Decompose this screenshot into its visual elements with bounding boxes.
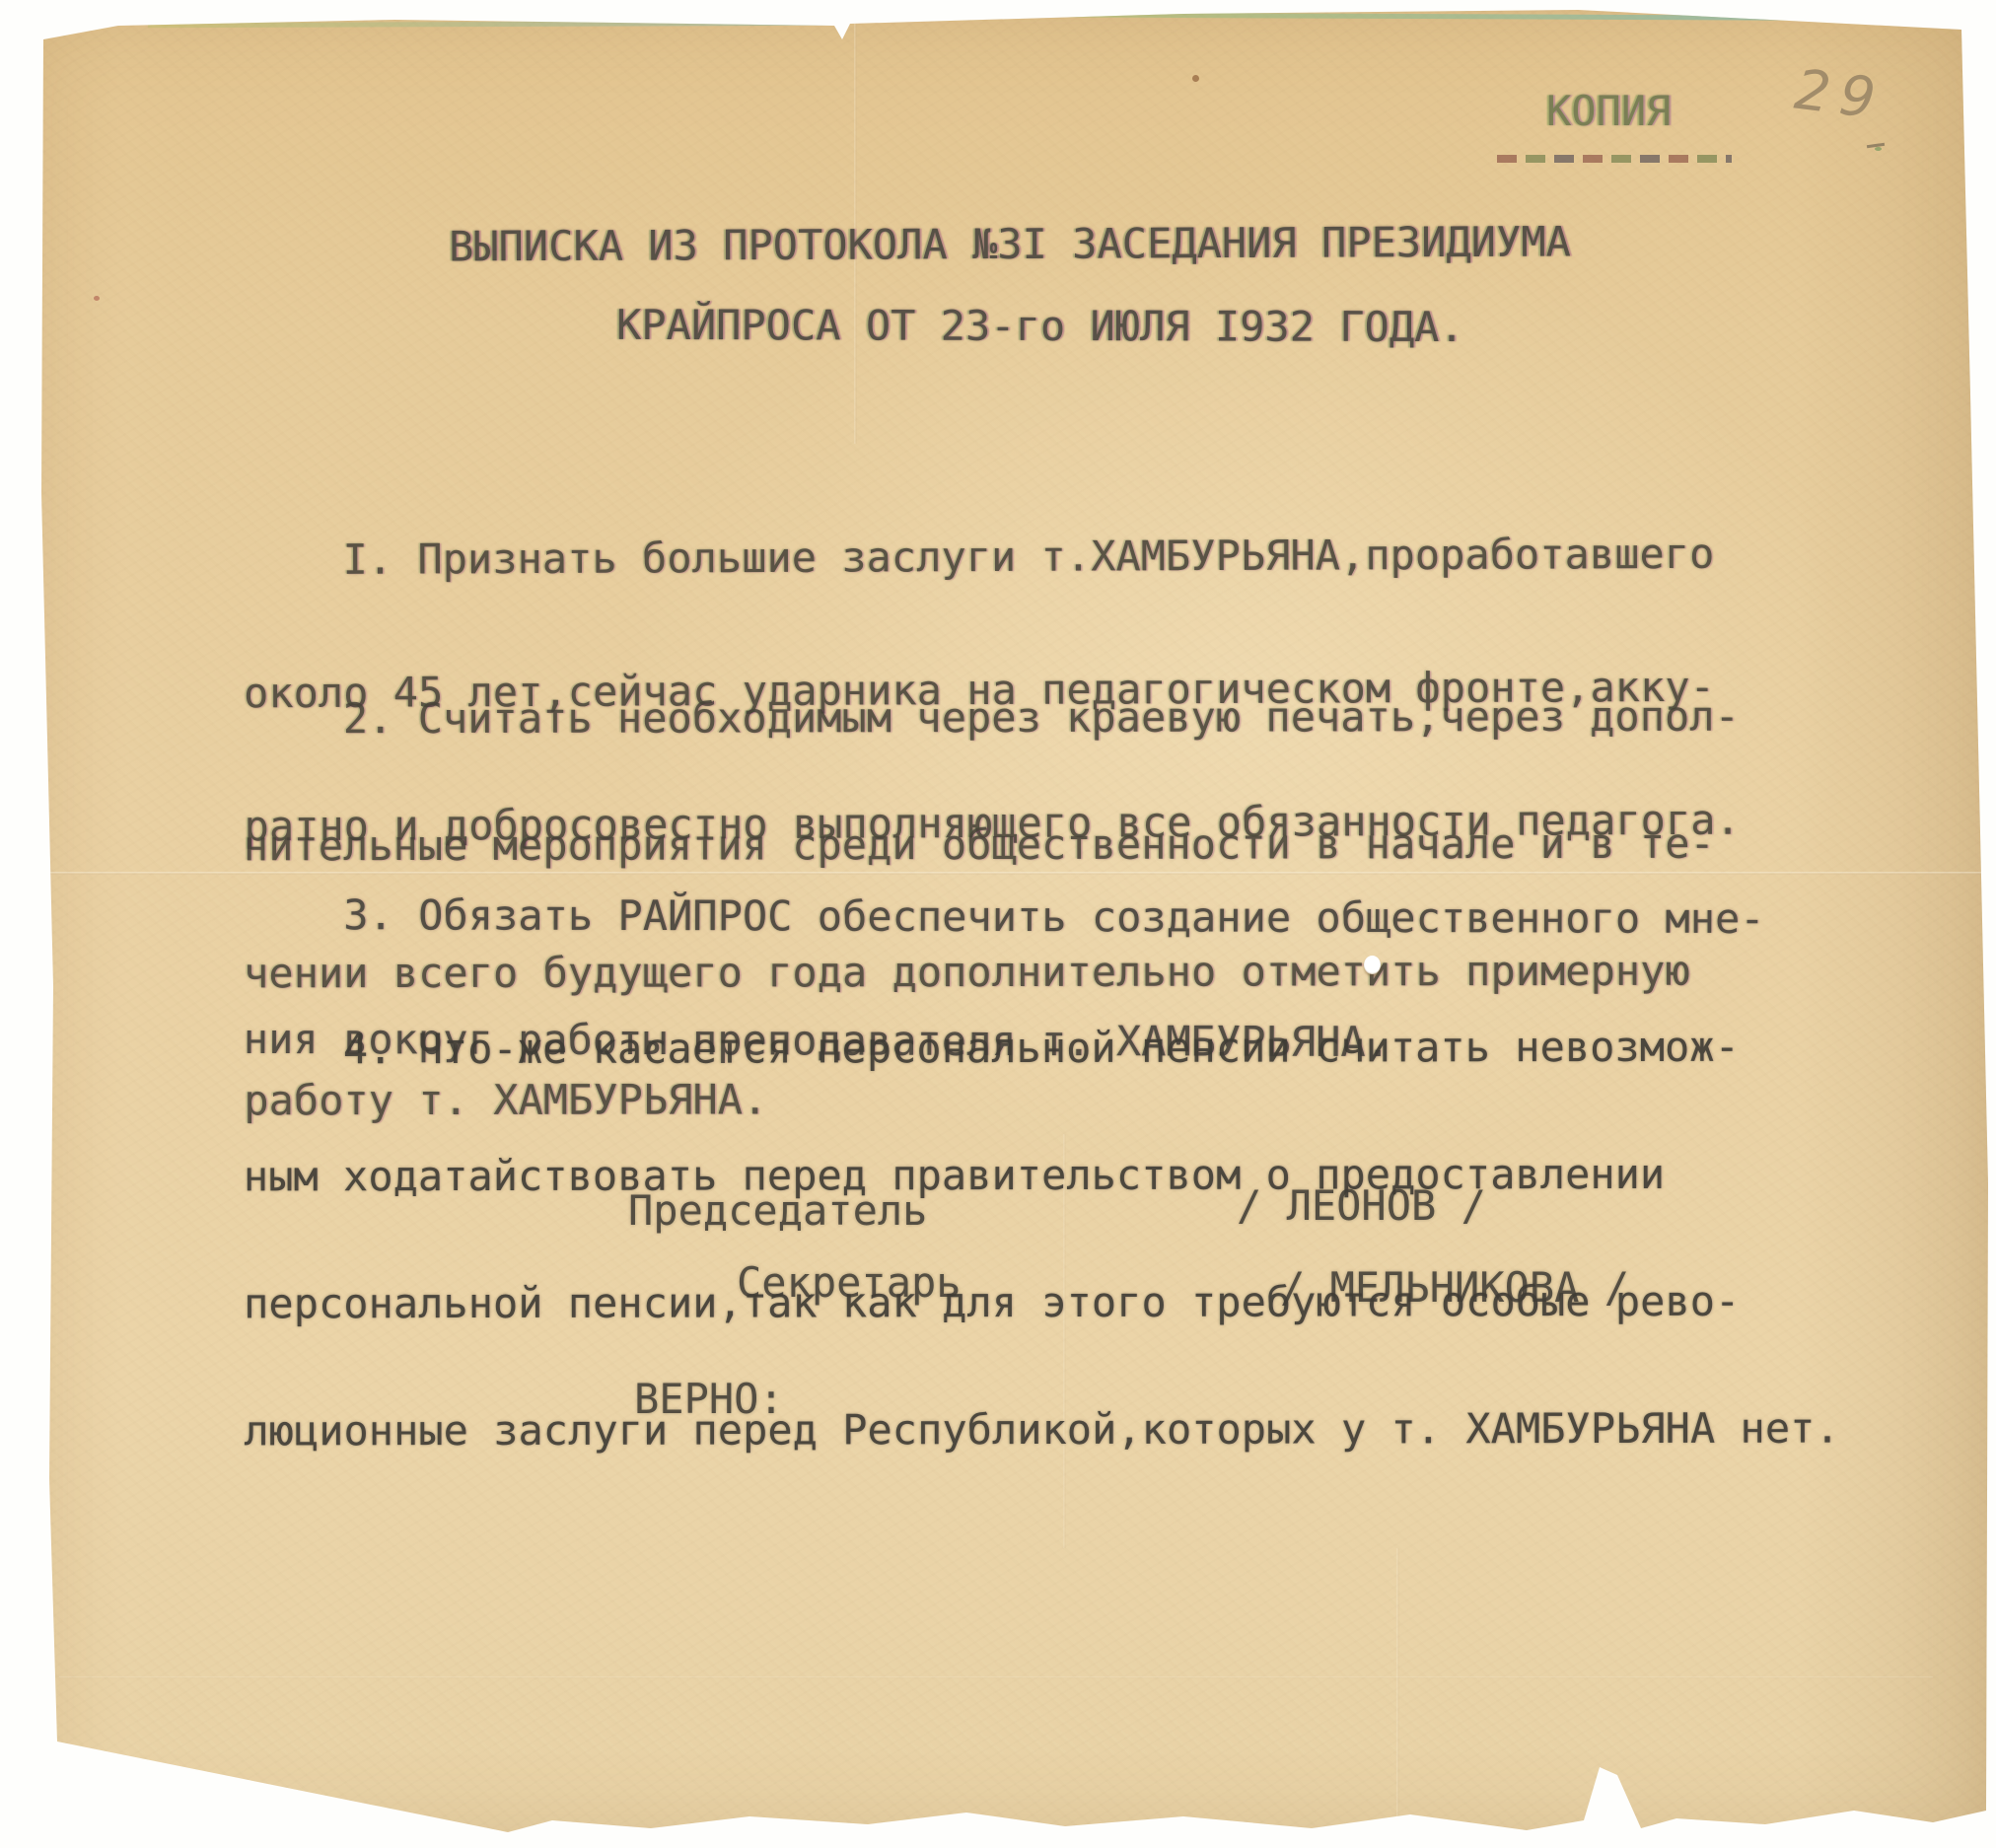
- paper-speck: [94, 296, 100, 301]
- paragraph-2-line: 2. Считать необходимым через краевую печ…: [244, 695, 1740, 741]
- signature-name-secretary: / МЕЛЬНИКОВА /: [1280, 1265, 1629, 1310]
- scan-edge-tint: [148, 21, 838, 28]
- paper-sheet: КОПИЯ 29 ВЫПИСКА ИЗ ПРОТОКОЛА №3I ЗАСЕДА…: [0, 0, 1996, 1848]
- stamp-underline: [1497, 155, 1732, 163]
- document-title-line2: КРАЙПРОСА ОТ 23-го ИЮЛЯ I932 ГОДА.: [616, 303, 1464, 349]
- pencil-mark: [1867, 143, 1885, 148]
- certification-mark: ВЕРНО:: [634, 1377, 784, 1421]
- paper-speck: [1875, 147, 1882, 151]
- signature-role-secretary: Секретарь: [737, 1260, 962, 1305]
- copy-stamp: КОПИЯ: [1546, 89, 1671, 133]
- signature-name-chairman: / ЛЕОНОВ /: [1237, 1183, 1486, 1228]
- document-title-line1: ВЫПИСКА ИЗ ПРОТОКОЛА №3I ЗАСЕДАНИЯ ПРЕЗИ…: [449, 220, 1571, 269]
- punch-hole: [1364, 956, 1381, 974]
- handwritten-page-number: 29: [1791, 58, 1889, 133]
- paragraph-4-line: люционные заслуги перед Республикой,кото…: [244, 1407, 1839, 1453]
- scanned-document-page: КОПИЯ 29 ВЫПИСКА ИЗ ПРОТОКОЛА №3I ЗАСЕДА…: [0, 0, 1996, 1848]
- paper-speck: [1192, 75, 1199, 82]
- paragraph-4-line: ным ходатайствовать перед правительством…: [244, 1153, 1839, 1198]
- scan-edge-tint: [858, 12, 1958, 22]
- fold-crease: [1396, 1548, 1399, 1844]
- fold-crease: [59, 1676, 1933, 1678]
- signature-role-chairman: Председатель: [628, 1188, 927, 1233]
- paragraph-3-line: 3. Обязать РАЙПРОС обеспечить создание о…: [244, 894, 1765, 940]
- paragraph-1-line: I. Признать большие заслуги т.ХАМБУРЬЯНА…: [243, 532, 1739, 583]
- paragraph-4: 4. Что-же касается персональной пенсии с…: [243, 941, 1839, 1537]
- paragraph-4-line: 4. Что-же касается персональной пенсии с…: [244, 1026, 1839, 1071]
